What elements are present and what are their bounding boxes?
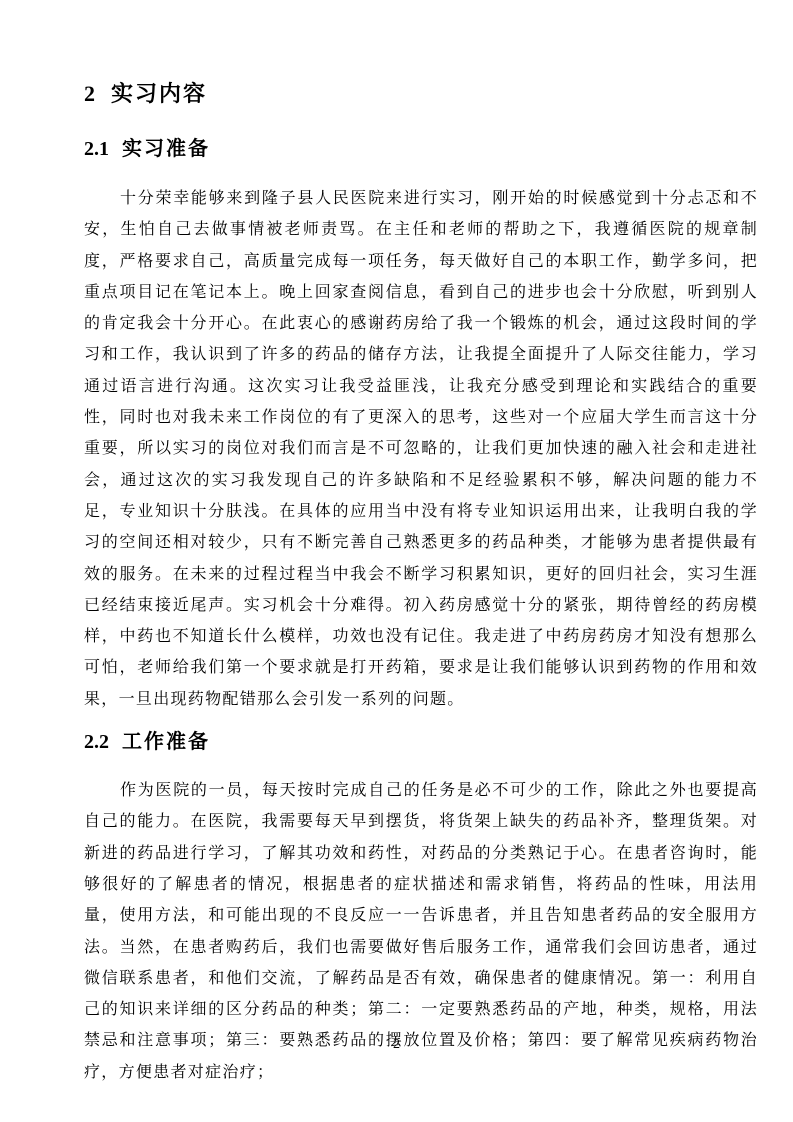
document-page: 2实习内容 2.1实习准备 十分荣幸能够来到隆子县人民医院来进行实习，刚开始的时… [0, 0, 793, 1122]
section-number: 2.1 [84, 138, 109, 160]
section-heading-2-2: 2.2工作准备 [84, 730, 758, 755]
section-heading-2-1: 2.1实习准备 [84, 137, 758, 162]
chapter-number: 2 [84, 81, 95, 106]
page-content: 2实习内容 2.1实习准备 十分荣幸能够来到隆子县人民医院来进行实习，刚开始的时… [84, 0, 758, 1088]
chapter-heading: 2实习内容 [84, 81, 758, 107]
section-number: 2.2 [84, 731, 109, 753]
section-2-1-paragraph: 十分荣幸能够来到隆子县人民医院来进行实习，刚开始的时候感觉到十分忐忑和不安，生怕… [84, 183, 758, 715]
section-title: 实习准备 [122, 138, 210, 160]
section-title: 工作准备 [122, 731, 210, 753]
page-number: 2 [0, 1037, 793, 1053]
chapter-title: 实习内容 [111, 81, 207, 106]
